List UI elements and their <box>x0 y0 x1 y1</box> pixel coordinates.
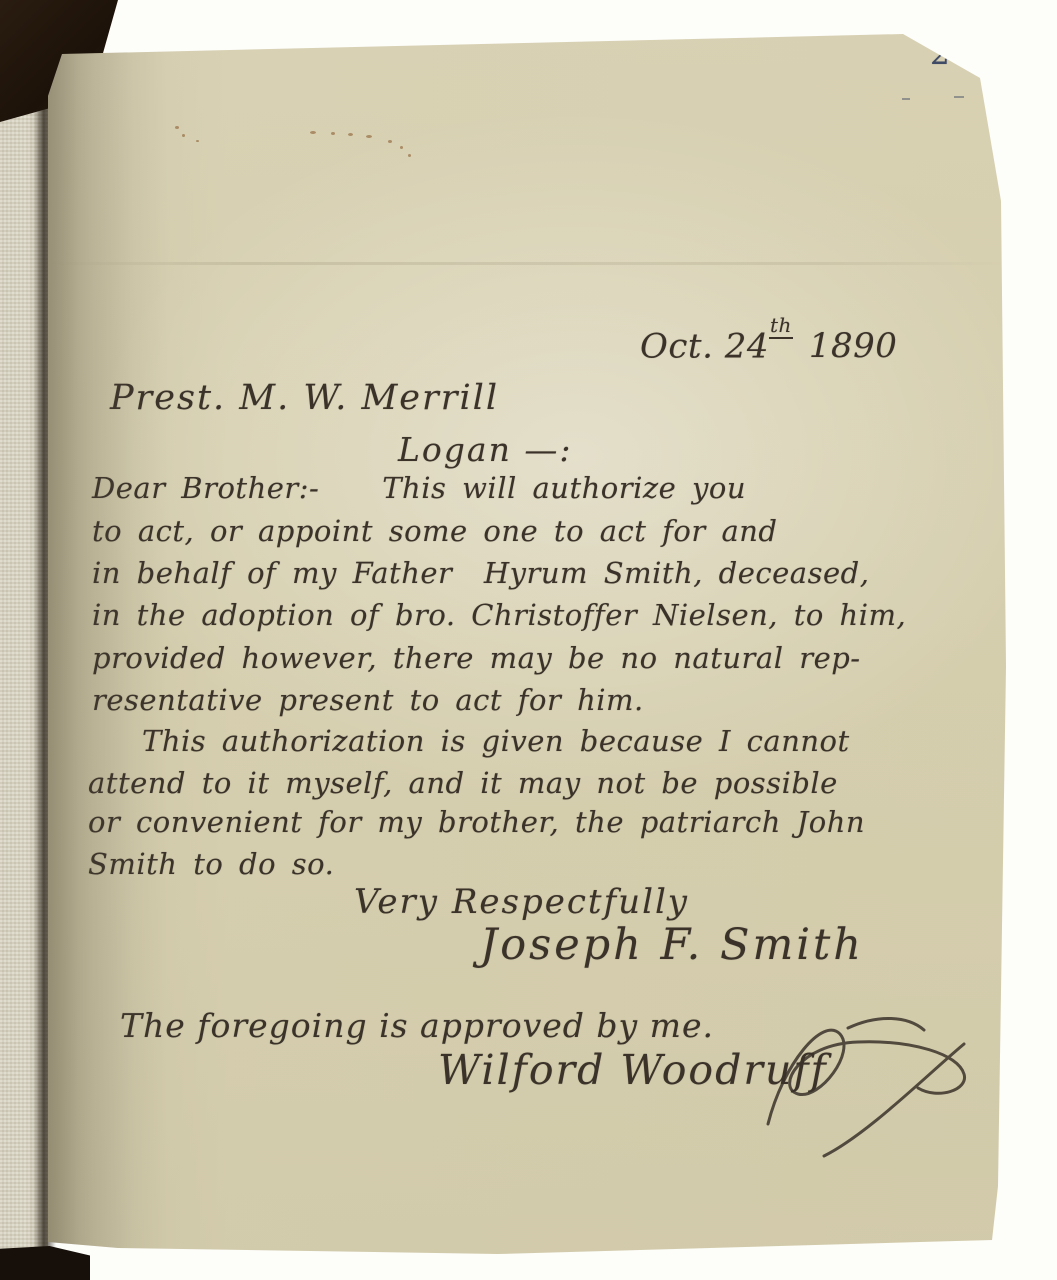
foxing-stain <box>366 135 372 138</box>
body-line: Dear Brother:- This will authorize you <box>92 474 746 503</box>
page-number: 275 <box>930 36 998 72</box>
date-year: 1890 <box>809 326 898 366</box>
body-line: attend to it myself, and it may not be p… <box>88 769 838 798</box>
scanned-letter-page: 275 Oct. 24th1890 Prest. M. W. Merrill L… <box>0 0 1057 1280</box>
body-line: Smith to do so. <box>88 850 334 879</box>
date-day: Oct. 24 <box>640 326 769 366</box>
foxing-stain <box>175 126 179 129</box>
signature-flourish <box>728 1004 1008 1164</box>
place-line: Logan —: <box>398 430 572 469</box>
paper-crease <box>48 262 1008 265</box>
body-line: provided however, there may be no natura… <box>92 644 861 673</box>
date-line: Oct. 24th1890 <box>640 326 897 366</box>
ink-speck <box>902 98 910 100</box>
foxing-stain <box>400 146 403 149</box>
foxing-stain <box>196 140 199 142</box>
body-line: in the adoption of bro. Christoffer Niel… <box>92 601 906 630</box>
body-line: in behalf of my Father Hyrum Smith, dece… <box>92 559 869 588</box>
signature-joseph-f-smith: Joseph F. Smith <box>480 920 864 970</box>
foxing-stain <box>348 133 353 136</box>
foxing-stain <box>310 131 316 134</box>
body-line: This authorization is given because I ca… <box>142 727 850 756</box>
letter-page: 275 Oct. 24th1890 Prest. M. W. Merrill L… <box>48 26 1008 1256</box>
foxing-stain <box>331 132 335 135</box>
foxing-stain <box>182 134 185 137</box>
foxing-stain <box>408 154 411 157</box>
body-line: resentative present to act for him. <box>92 686 644 715</box>
book-cover-corner-bottom <box>0 1246 90 1280</box>
foxing-stain <box>388 140 392 143</box>
body-line: to act, or appoint some one to act for a… <box>92 517 777 546</box>
recipient-line: Prest. M. W. Merrill <box>110 378 499 418</box>
ink-speck <box>954 96 964 98</box>
body-line: or convenient for my brother, the patria… <box>88 808 865 837</box>
approval-line: The foregoing is approved by me. <box>120 1006 714 1045</box>
date-ordinal: th <box>769 313 793 339</box>
closing-line: Very Respectfully <box>354 882 689 922</box>
